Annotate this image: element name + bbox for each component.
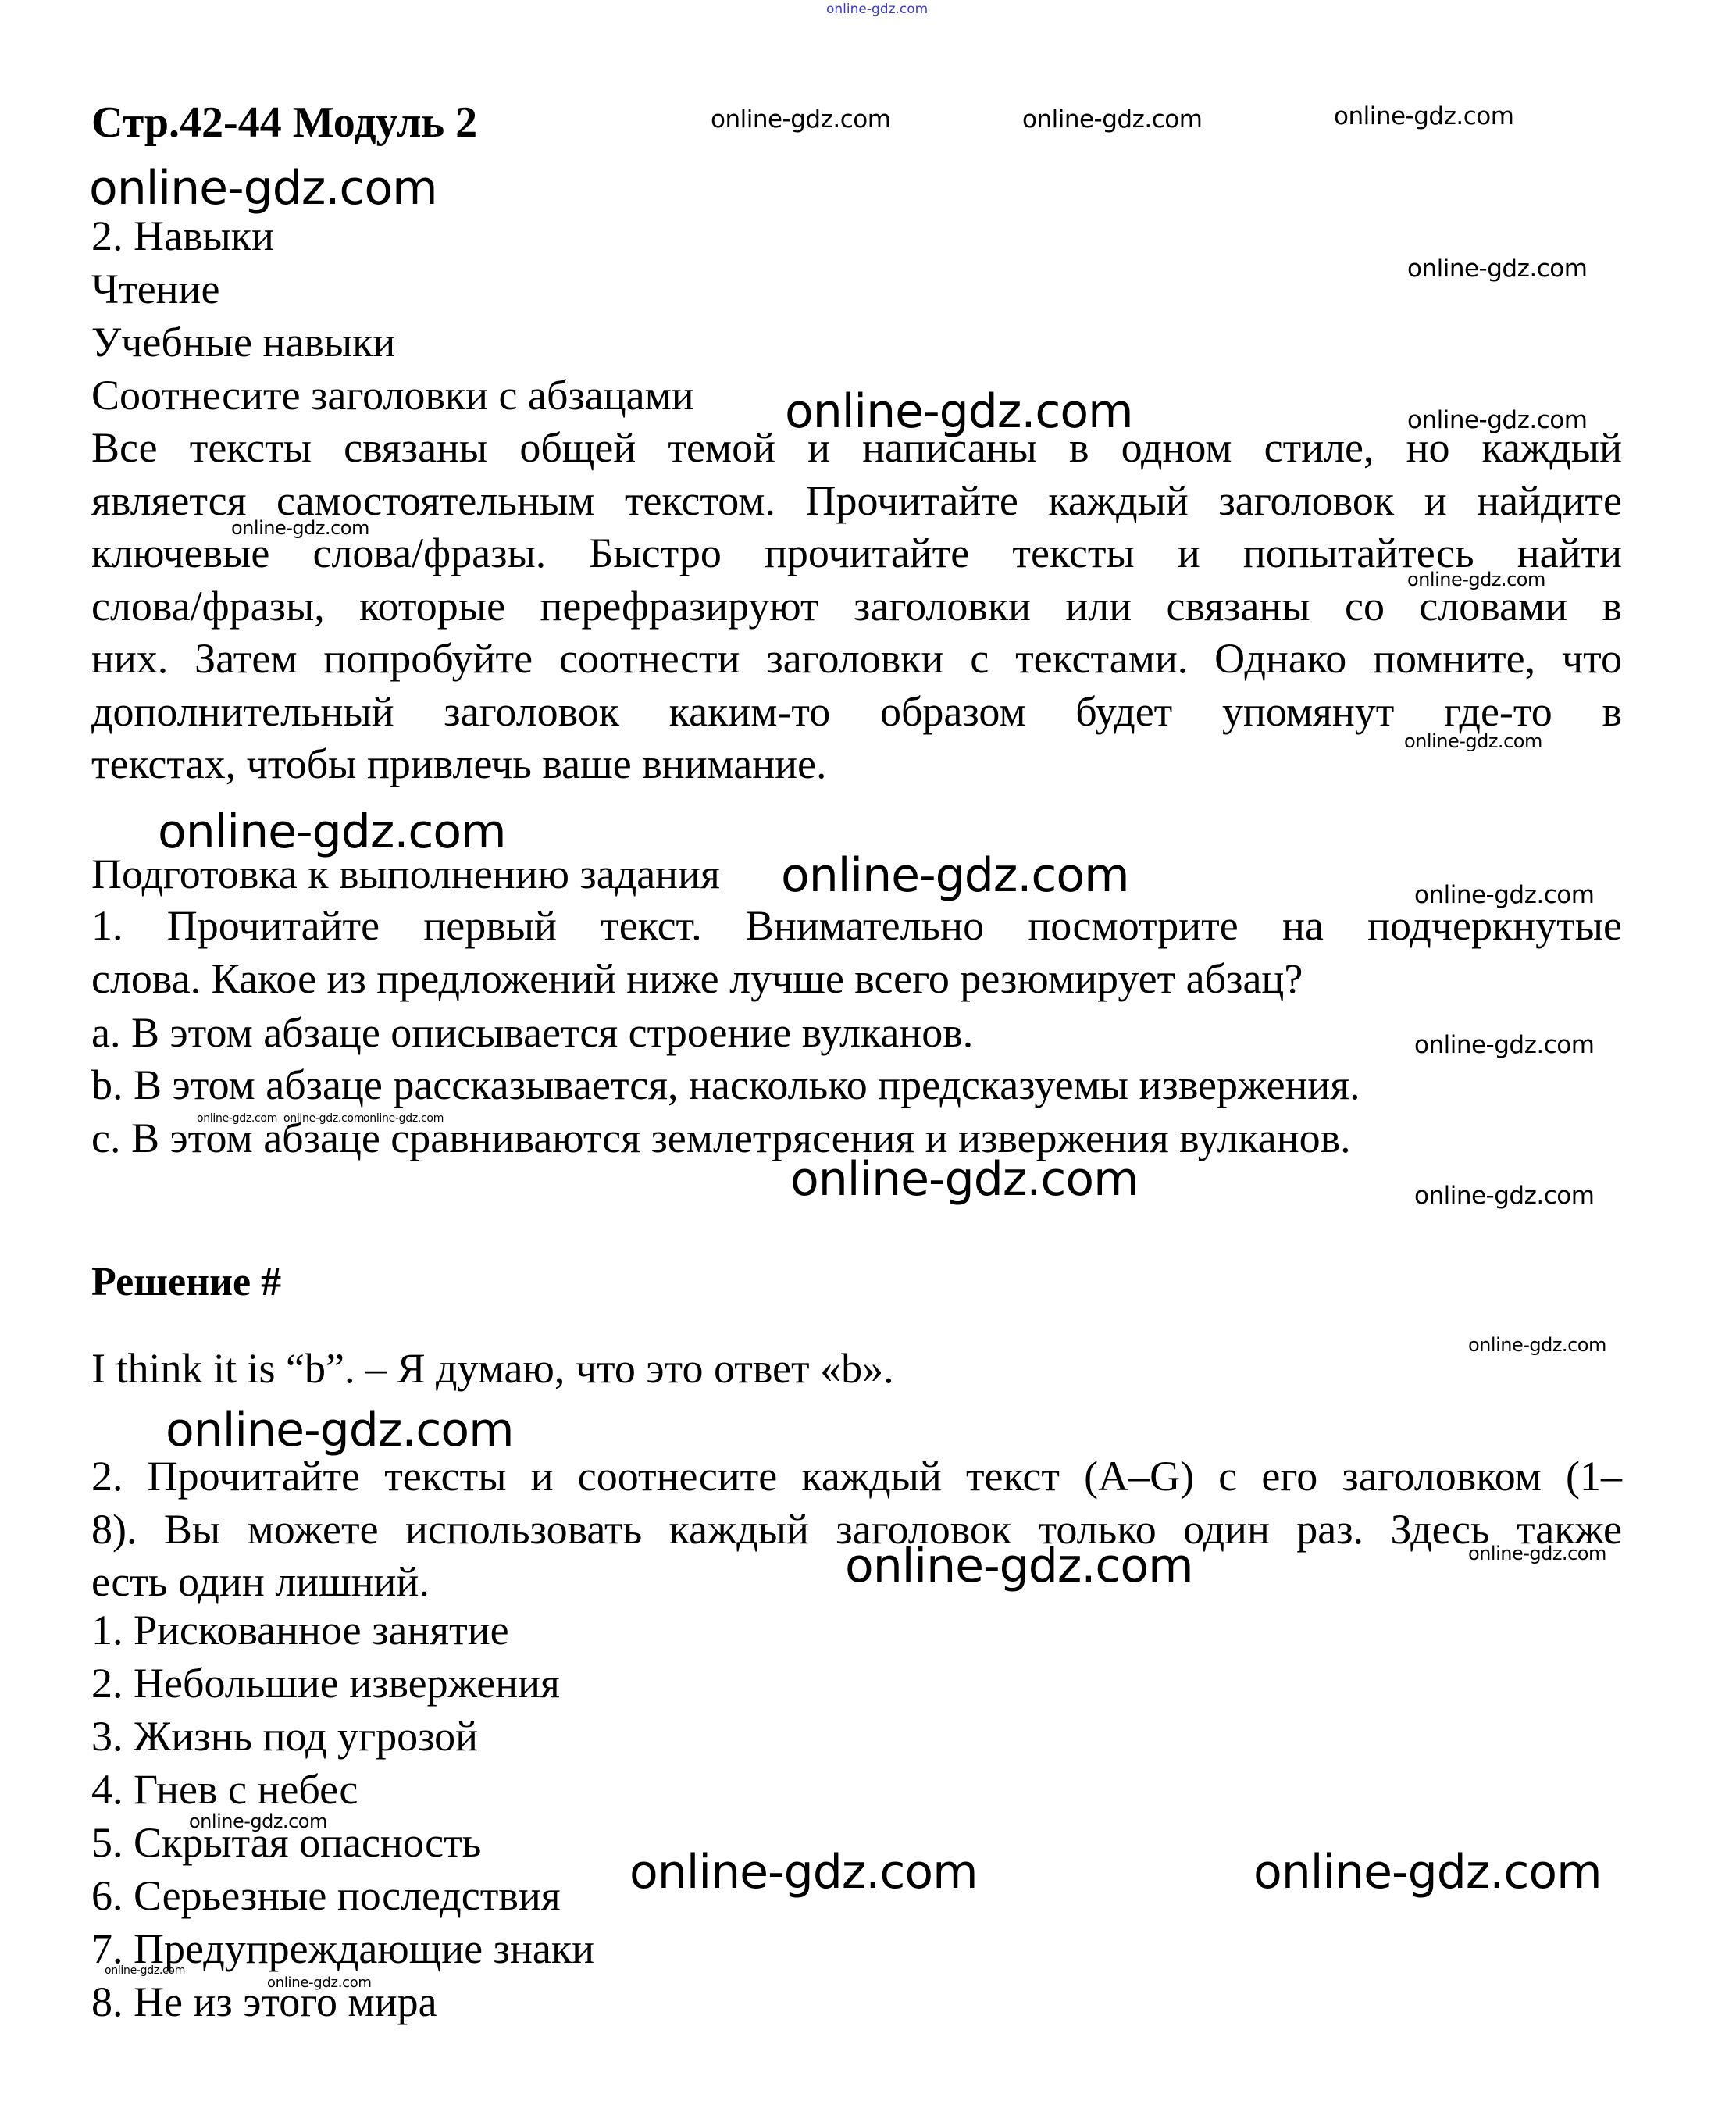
watermark: online-gdz.com	[1022, 105, 1202, 134]
watermark: online-gdz.com	[1334, 102, 1513, 130]
watermark: online-gdz.com	[231, 517, 369, 539]
intro-line: текстах, чтобы привлечь ваше внимание.	[91, 738, 1622, 791]
watermark: online-gdz.com	[1407, 255, 1587, 283]
intro-line: них. Затем попробуйте соотнести заголовк…	[91, 633, 1622, 686]
watermark: online-gdz.com	[89, 161, 437, 216]
watermark: online-gdz.com	[1414, 1182, 1594, 1210]
watermark: online-gdz.com	[629, 1845, 978, 1899]
subtitle-skills: Учебные навыки	[91, 321, 395, 363]
heading-item-1: 1. Рискованное занятие	[91, 1609, 509, 1651]
heading-item-2: 2. Небольшие извержения	[91, 1662, 560, 1704]
intro-line: Все тексты связаны общей темой и написан…	[91, 422, 1622, 475]
subtitle-reading: Чтение	[91, 268, 219, 310]
option-c: c. В этом абзаце сравниваются землетрясе…	[91, 1117, 1351, 1159]
heading-item-3: 3. Жизнь под угрозой	[91, 1715, 478, 1757]
intro-paragraph: Все тексты связаны общей темой и написан…	[91, 422, 1622, 791]
preparation-title: Подготовка к выполнению задания	[91, 853, 720, 895]
watermark: online-gdz.com	[781, 848, 1129, 903]
option-b: b. В этом абзаце рассказывается, насколь…	[91, 1064, 1360, 1106]
section-number-title: 2. Навыки	[91, 215, 274, 257]
watermark: online-gdz.com	[790, 1152, 1139, 1207]
watermark: online-gdz.com	[105, 1964, 185, 1977]
heading-item-7: 7. Предупреждающие знаки	[91, 1928, 594, 1970]
page-title: Стр.42-44 Модуль 2	[91, 98, 477, 148]
watermark: online-gdz.com	[1407, 569, 1545, 590]
watermark: online-gdz.com	[1468, 1334, 1606, 1356]
watermark: online-gdz.com	[1404, 730, 1542, 752]
watermark: online-gdz.com	[1468, 1543, 1606, 1564]
watermark: online-gdz.com	[1253, 1845, 1602, 1899]
intro-line: слова/фразы, которые перефразируют загол…	[91, 580, 1622, 633]
solution-title: Решение #	[91, 1259, 281, 1305]
intro-line: дополнительный заголовок каким-то образо…	[91, 686, 1622, 739]
heading-item-6: 6. Серьезные последствия	[91, 1875, 561, 1917]
watermark: online-gdz.com	[1414, 1031, 1594, 1059]
task-title: Соотнесите заголовки с абзацами	[91, 374, 694, 416]
watermark: online-gdz.com	[711, 105, 890, 134]
instruction-line: 2. Прочитайте тексты и соотнесите каждый…	[91, 1450, 1622, 1504]
watermark: online-gdz.com	[166, 1403, 514, 1457]
option-a: a. В этом абзаце описывается строение ву…	[91, 1011, 973, 1054]
solution-answer: I think it is “b”. – Я думаю, что это от…	[91, 1347, 894, 1389]
preparation-question: 1. Прочитайте первый текст. Внимательно …	[91, 900, 1622, 1005]
question-line: слова. Какое из предложений ниже лучше в…	[91, 953, 1622, 1006]
watermark: online-gdz.com	[845, 1539, 1193, 1593]
heading-item-8: 8. Не из этого мира	[91, 1981, 437, 2023]
heading-item-4: 4. Гнев с небес	[91, 1768, 358, 1810]
heading-item-5: 5. Скрытая опасность	[91, 1821, 481, 1864]
top-watermark: online-gdz.com	[826, 2, 928, 17]
question-line: 1. Прочитайте первый текст. Внимательно …	[91, 900, 1622, 953]
